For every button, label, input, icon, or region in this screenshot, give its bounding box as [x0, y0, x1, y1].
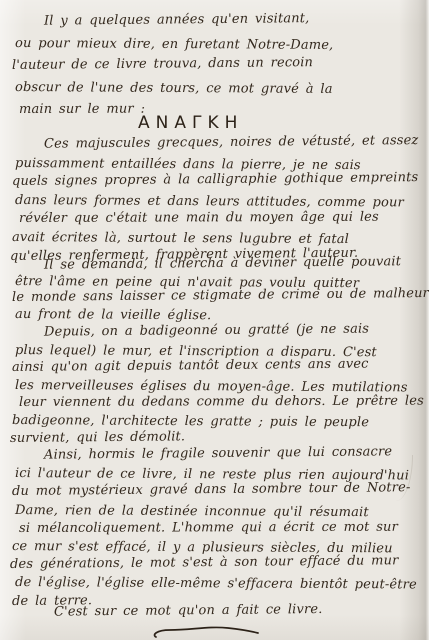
paragraph-depuis: Depuis, on a badigeonné ou gratté (je ne…	[10, 324, 421, 447]
manuscript-line: si mélancoliquement. L'homme qui a écrit…	[19, 518, 421, 538]
manuscript-line: le monde sans laisser ce stigmate de cri…	[12, 286, 421, 306]
manuscript-line: Il se demanda, il chercha à deviner quel…	[10, 254, 421, 274]
paragraph-ainsi: Ainsi, hormis le fragile souvenir que lu…	[10, 447, 421, 611]
paragraph-closing: C'est sur ce mot qu'on a fait ce livre.	[10, 604, 421, 622]
greek-heading-ananke: ΑΝΑΓΚΗ	[138, 113, 243, 133]
manuscript-line: Il y a quelques années qu'en visitant,	[10, 7, 421, 33]
manuscript-line: Ces majuscules grecques, noires de vétus…	[10, 132, 421, 155]
manuscript-line: Depuis, on a badigeonné ou gratté (je ne…	[10, 320, 421, 342]
manuscript-line: révéler que c'était une main du moyen âg…	[19, 209, 421, 229]
manuscript-line: des générations, le mot s'est à son tour…	[10, 552, 421, 574]
manuscript-line: C'est sur ce mot qu'on a fait ce livre.	[10, 600, 421, 622]
paragraph-il-se-demanda: Il se demanda, il chercha à deviner quel…	[10, 258, 421, 323]
paragraph-opening: Il y a quelques années qu'en visitant, o…	[10, 11, 421, 121]
manuscript-line: Ainsi, hormis le fragile souvenir que lu…	[10, 443, 421, 465]
manuscript-line: l'auteur de ce livre trouva, dans un rec…	[12, 51, 421, 77]
manuscript-page: Il y a quelques années qu'en visitant, o…	[0, 0, 429, 640]
manuscript-line: du mot mystérieux gravé dans la sombre t…	[12, 479, 421, 501]
paragraph-majuscules: Ces majuscules grecques, noires de vétus…	[10, 136, 421, 266]
manuscript-line: quels signes propres à la calligraphie g…	[12, 169, 421, 192]
flourish-mark	[150, 624, 260, 640]
manuscript-line: ainsi qu'on agit depuis tantôt deux cent…	[12, 355, 421, 377]
manuscript-line: leur viennent du dedans comme du dehors.…	[19, 393, 421, 412]
flourish-stroke-icon	[150, 624, 260, 640]
